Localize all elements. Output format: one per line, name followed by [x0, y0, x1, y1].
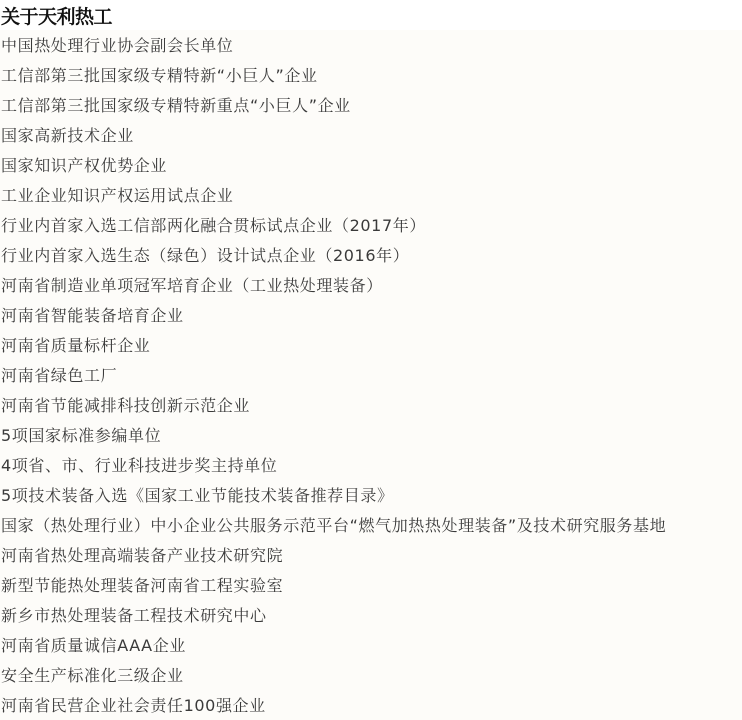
- list-item: 中国热处理行业协会副会长单位: [0, 30, 742, 60]
- list-item: 国家（热处理行业）中小企业公共服务示范平台“燃气加热热处理装备”及技术研究服务基…: [0, 510, 742, 540]
- list-item: 5项国家标准参编单位: [0, 420, 742, 450]
- list-item: 国家高新技术企业: [0, 120, 742, 150]
- list-item: 河南省热处理高端装备产业技术研究院: [0, 540, 742, 570]
- list-item: 新型节能热处理装备河南省工程实验室: [0, 570, 742, 600]
- list-item: 河南省质量标杆企业: [0, 330, 742, 360]
- list-item: 行业内首家入选工信部两化融合贯标试点企业（2017年）: [0, 210, 742, 240]
- list-item: 工信部第三批国家级专精特新重点“小巨人”企业: [0, 90, 742, 120]
- list-item: 5项技术装备入选《国家工业节能技术装备推荐目录》: [0, 480, 742, 510]
- list-item: 行业内首家入选生态（绿色）设计试点企业（2016年）: [0, 240, 742, 270]
- list-item: 河南省智能装备培育企业: [0, 300, 742, 330]
- list-item: 河南省绿色工厂: [0, 360, 742, 390]
- list-item: 河南省民营企业社会责任100强企业: [0, 690, 742, 720]
- list-item: 国家知识产权优势企业: [0, 150, 742, 180]
- list-item: 新乡市热处理装备工程技术研究中心: [0, 600, 742, 630]
- honors-list: 中国热处理行业协会副会长单位 工信部第三批国家级专精特新“小巨人”企业 工信部第…: [0, 30, 742, 720]
- list-item: 4项省、市、行业科技进步奖主持单位: [0, 450, 742, 480]
- list-item: 安全生产标准化三级企业: [0, 660, 742, 690]
- list-item: 河南省节能减排科技创新示范企业: [0, 390, 742, 420]
- list-item: 河南省制造业单项冠军培育企业（工业热处理装备）: [0, 270, 742, 300]
- page-title: 关于天利热工: [0, 0, 742, 30]
- list-item: 工信部第三批国家级专精特新“小巨人”企业: [0, 60, 742, 90]
- list-item: 河南省质量诚信AAA企业: [0, 630, 742, 660]
- list-item: 工业企业知识产权运用试点企业: [0, 180, 742, 210]
